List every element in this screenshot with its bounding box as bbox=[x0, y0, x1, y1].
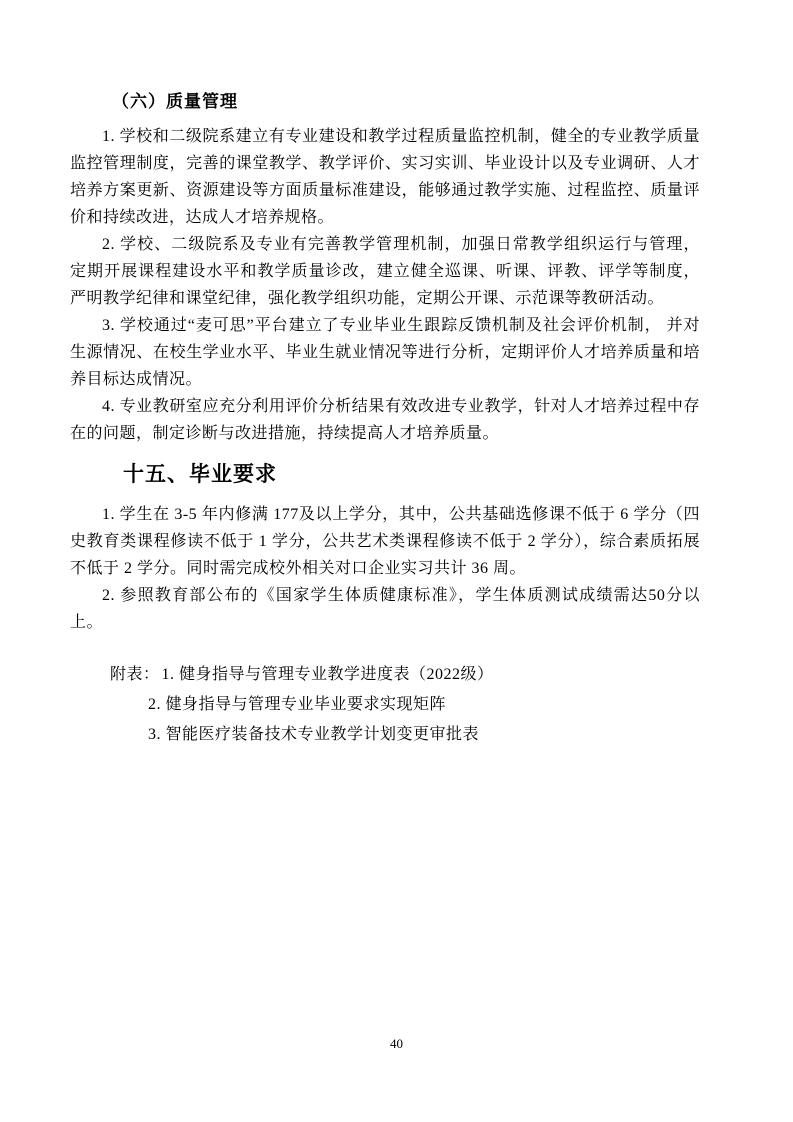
appendix-item-2: 2. 健身指导与管理专业毕业要求实现矩阵 bbox=[148, 696, 446, 713]
section-15-paragraph-1: 1. 学生在 3-5 年内修满 177及以上学分，其中，公共基础选修课不低于 6… bbox=[70, 501, 700, 582]
section-6-paragraph-2: 2. 学校、二级院系及专业有完善教学管理机制，加强日常教学组织运行与管理， 定期… bbox=[70, 231, 700, 312]
section-15-paragraph-2: 2. 参照教育部公布的《国家学生体质健康标准》，学生体质测试成绩需达50分以上。 bbox=[70, 582, 700, 636]
section-6-paragraph-4: 4. 专业教研室应充分利用评价分析结果有效改进专业教学，针对人才培养过程中存在的… bbox=[70, 393, 700, 447]
page-content: （六）质量管理 1. 学校和二级院系建立有专业建设和教学过程质量监控机制，健全的… bbox=[70, 90, 700, 750]
section-6-paragraph-1: 1. 学校和二级院系建立有专业建设和教学过程质量监控机制，健全的专业教学质量监控… bbox=[70, 123, 700, 231]
section-15-heading: 十五、毕业要求 bbox=[70, 460, 700, 490]
section-6-heading: （六）质量管理 bbox=[70, 90, 700, 114]
section-6-paragraph-3: 3. 学校通过“麦可思”平台建立了专业毕业生跟踪反馈机制及社会评价机制， 并对生… bbox=[70, 312, 700, 393]
page-number: 40 bbox=[0, 1036, 793, 1052]
appendix-list: 附表：1. 健身指导与管理专业教学进度表（2022级） 2. 健身指导与管理专业… bbox=[70, 660, 700, 750]
appendix-item-1: 1. 健身指导与管理专业教学进度表（2022级） bbox=[162, 666, 494, 683]
appendix-item-3: 3. 智能医疗装备技术专业教学计划变更审批表 bbox=[148, 726, 479, 743]
appendix-row-2: 2. 健身指导与管理专业毕业要求实现矩阵 bbox=[70, 690, 700, 720]
appendix-label: 附表： bbox=[110, 666, 160, 683]
appendix-row-3: 3. 智能医疗装备技术专业教学计划变更审批表 bbox=[70, 720, 700, 750]
appendix-row-1: 附表：1. 健身指导与管理专业教学进度表（2022级） bbox=[70, 660, 700, 690]
document-page: （六）质量管理 1. 学校和二级院系建立有专业建设和教学过程质量监控机制，健全的… bbox=[0, 0, 793, 1122]
